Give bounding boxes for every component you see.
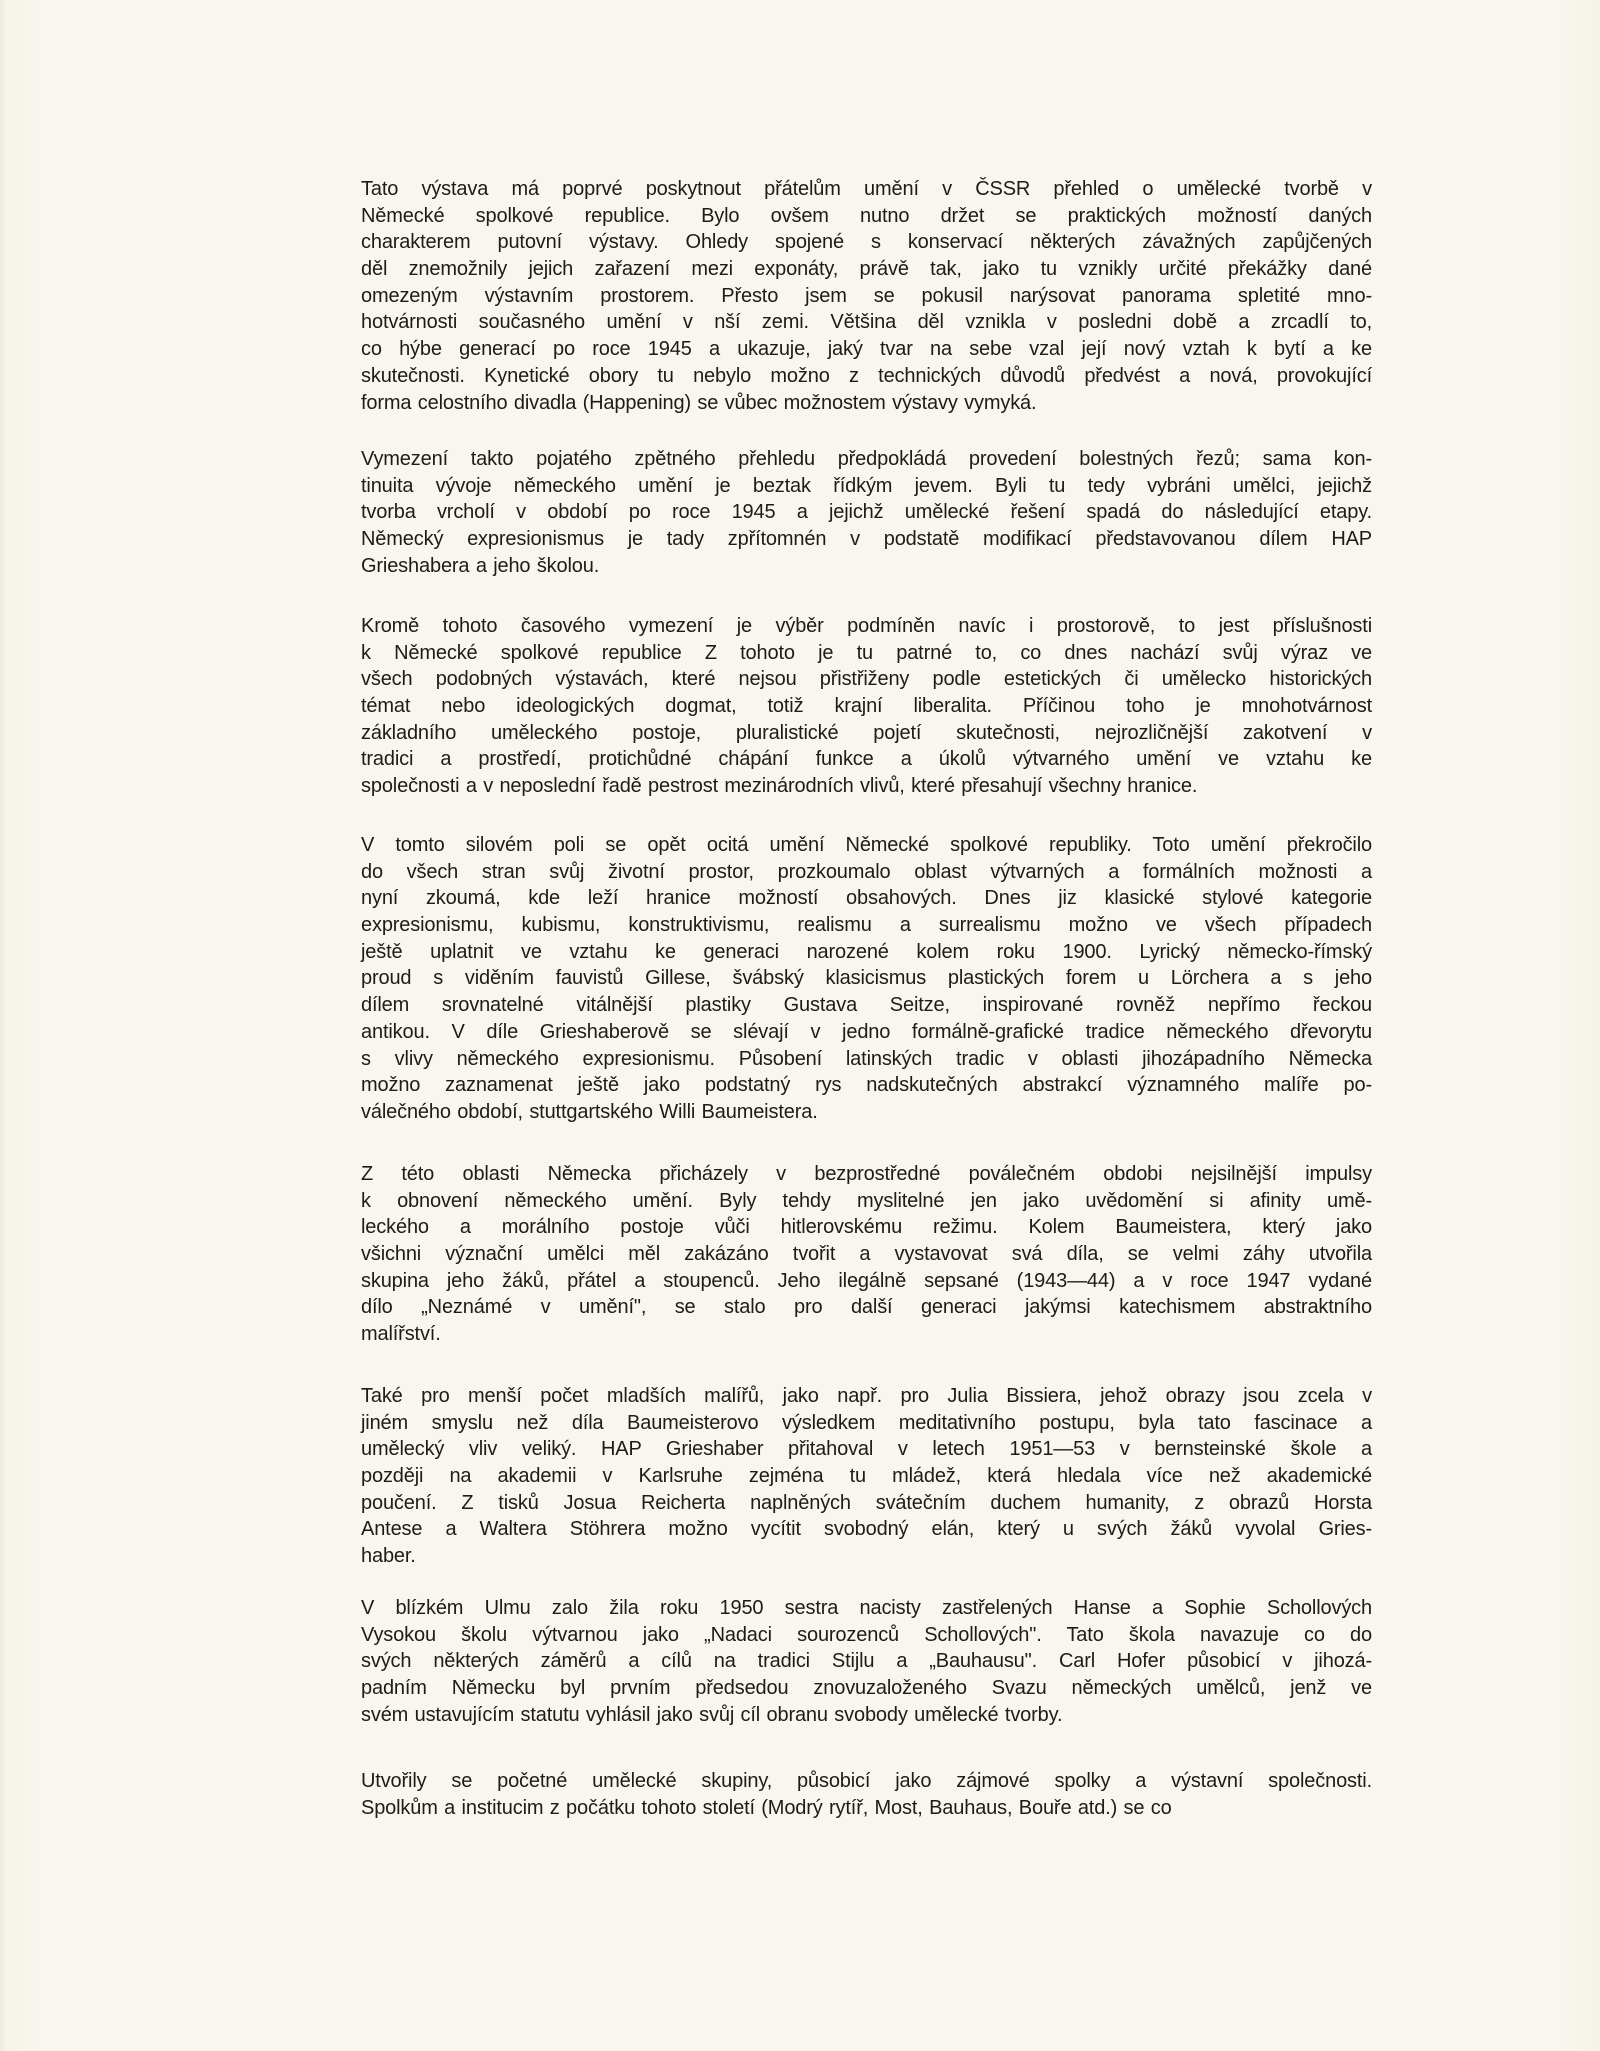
text-line: Kromě tohoto časového vymezení je výběr … xyxy=(361,613,1372,640)
text-line: k Německé spolkové republice Z tohoto je… xyxy=(361,640,1372,667)
paragraph-4: V tomto silovém poli se opět ocitá umění… xyxy=(361,832,1372,1126)
text-line: Tato výstava má poprvé poskytnout přátel… xyxy=(361,176,1372,203)
text-line: Vymezení takto pojatého zpětného přehled… xyxy=(361,446,1372,473)
text-line: leckého a morálního postoje vůči hitlero… xyxy=(361,1214,1372,1241)
text-line: nyní zkoumá, kde leží hranice možností o… xyxy=(361,885,1372,912)
text-line: svém ustavujícím statutu vyhlásil jako s… xyxy=(361,1702,1372,1729)
text-line: skupina jeho žáků, přátel a stoupenců. J… xyxy=(361,1268,1372,1295)
text-line: všech podobných výstavách, které nejsou … xyxy=(361,666,1372,693)
text-line: ještě uplatnit ve vztahu ke generaci nar… xyxy=(361,939,1372,966)
text-line: Vysokou školu výtvarnou jako „Nadaci sou… xyxy=(361,1622,1372,1649)
text-line: dílem srovnatelné vitálnější plastiky Gu… xyxy=(361,992,1372,1019)
text-line: skutečnosti. Kynetické obory tu nebylo m… xyxy=(361,363,1372,390)
text-line: poučení. Z tisků Josua Reicherta naplněn… xyxy=(361,1490,1372,1517)
text-line: co hýbe generací po roce 1945 a ukazuje,… xyxy=(361,336,1372,363)
text-line: Také pro menší počet mladších malířů, ja… xyxy=(361,1383,1372,1410)
text-line: haber. xyxy=(361,1543,1372,1570)
text-line: tvorba vrcholí v období po roce 1945 a j… xyxy=(361,499,1372,526)
document-page: Tato výstava má poprvé poskytnout přátel… xyxy=(0,0,1600,2051)
paragraph-1: Tato výstava má poprvé poskytnout přátel… xyxy=(361,176,1372,416)
text-line: všichni význační umělci měl zakázáno tvo… xyxy=(361,1241,1372,1268)
text-line: děl znemožnily jejich zařazení mezi expo… xyxy=(361,256,1372,283)
text-line: společnosti a v neposlední řadě pestrost… xyxy=(361,773,1372,800)
text-line: válečného období, stuttgartského Willi B… xyxy=(361,1099,1372,1126)
paragraph-5: Z této oblasti Německa přicházely v bezp… xyxy=(361,1161,1372,1348)
text-line: základního uměleckého postoje, pluralist… xyxy=(361,720,1372,747)
text-line: padním Německu byl prvním předsedou znov… xyxy=(361,1675,1372,1702)
text-line: expresionismu, kubismu, konstruktivismu,… xyxy=(361,912,1372,939)
text-line: možno zaznamenat ještě jako podstatný ry… xyxy=(361,1072,1372,1099)
paragraph-7: V blízkém Ulmu zalo žila roku 1950 sestr… xyxy=(361,1595,1372,1728)
text-line: tinuita vývoje německého umění je beztak… xyxy=(361,473,1372,500)
text-line: s vlivy německého expresionismu. Působen… xyxy=(361,1046,1372,1073)
text-line: charakterem putovní výstavy. Ohledy spoj… xyxy=(361,229,1372,256)
text-line: Spolkům a institucim z počátku tohoto st… xyxy=(361,1795,1372,1822)
text-line: antikou. V díle Grieshaberově se slévají… xyxy=(361,1019,1372,1046)
text-line: Z této oblasti Německa přicházely v bezp… xyxy=(361,1161,1372,1188)
text-line: V blízkém Ulmu zalo žila roku 1950 sestr… xyxy=(361,1595,1372,1622)
text-line: hotvárnosti současného umění v nší zemi.… xyxy=(361,309,1372,336)
text-line: forma celostního divadla (Happening) se … xyxy=(361,390,1372,417)
text-line: Antese a Waltera Stöhrera možno vycítit … xyxy=(361,1516,1372,1543)
text-line: svých některých záměrů a cílů na tradici… xyxy=(361,1648,1372,1675)
text-line: Německý expresionismus je tady zpřítomné… xyxy=(361,526,1372,553)
text-line: Grieshabera a jeho školou. xyxy=(361,553,1372,580)
text-line: Utvořily se početné umělecké skupiny, pů… xyxy=(361,1768,1372,1795)
paragraph-6: Také pro menší počet mladších malířů, ja… xyxy=(361,1383,1372,1570)
text-line: do všech stran svůj životní prostor, pro… xyxy=(361,859,1372,886)
text-line: témat nebo ideologických dogmat, totiž k… xyxy=(361,693,1372,720)
paragraph-3: Kromě tohoto časového vymezení je výběr … xyxy=(361,613,1372,800)
text-line: V tomto silovém poli se opět ocitá umění… xyxy=(361,832,1372,859)
text-line: tradici a prostředí, protichůdné chápání… xyxy=(361,746,1372,773)
text-line: dílo „Neznámé v umění", se stalo pro dal… xyxy=(361,1294,1372,1321)
text-line: proud s viděním fauvistů Gillese, švábsk… xyxy=(361,965,1372,992)
text-line: malířství. xyxy=(361,1321,1372,1348)
paragraph-2: Vymezení takto pojatého zpětného přehled… xyxy=(361,446,1372,579)
text-line: omezeným výstavním prostorem. Přesto jse… xyxy=(361,283,1372,310)
text-line: jiném smyslu než díla Baumeisterovo výsl… xyxy=(361,1410,1372,1437)
paragraph-8: Utvořily se početné umělecké skupiny, pů… xyxy=(361,1768,1372,1821)
text-line: později na akademii v Karlsruhe zejména … xyxy=(361,1463,1372,1490)
text-line: k obnovení německého umění. Byly tehdy m… xyxy=(361,1188,1372,1215)
text-line: umělecký vliv veliký. HAP Grieshaber při… xyxy=(361,1436,1372,1463)
text-line: Německé spolkové republice. Bylo ovšem n… xyxy=(361,203,1372,230)
